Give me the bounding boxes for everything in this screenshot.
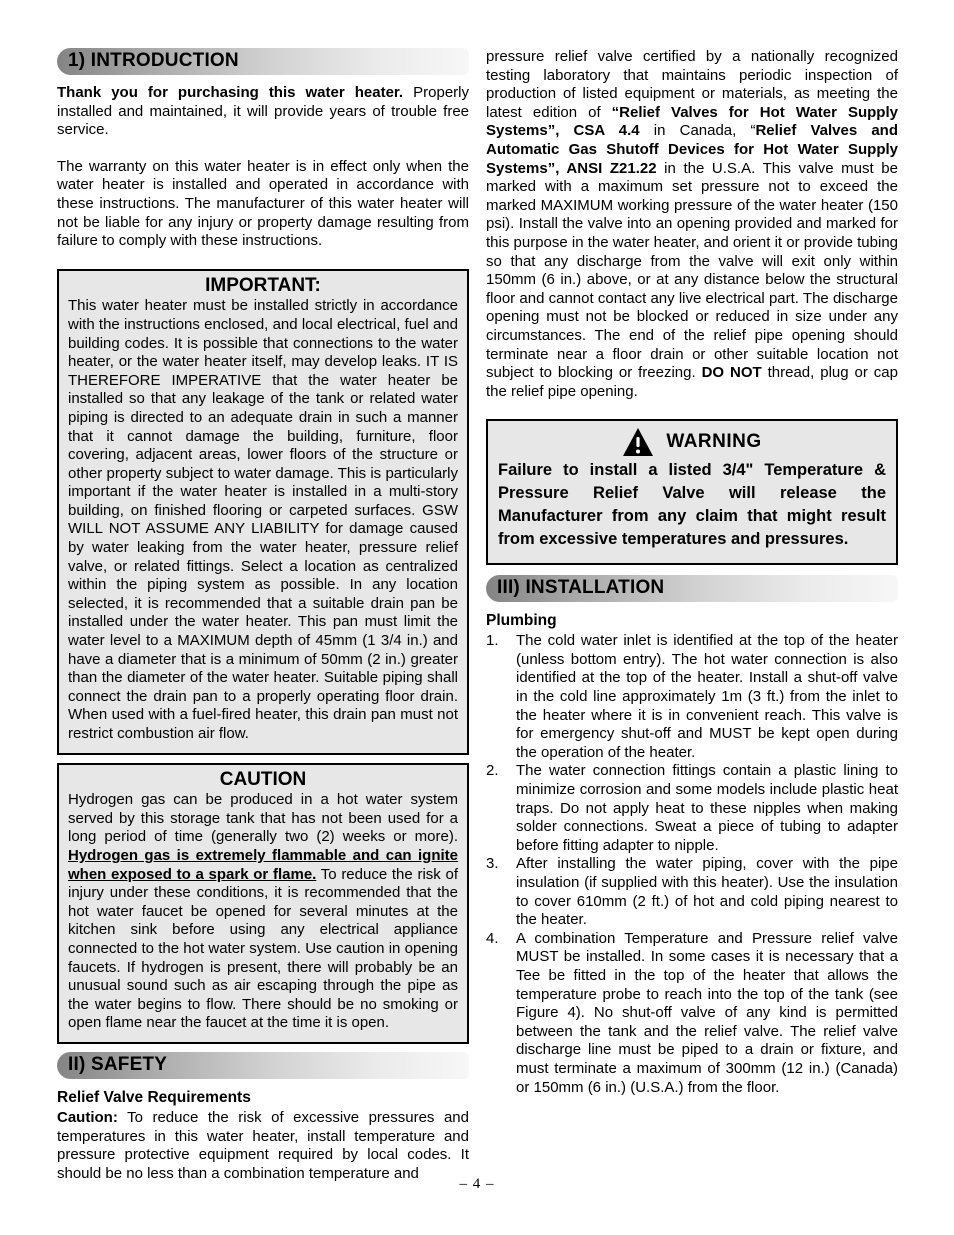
plumbing-list-item: 2. The water connection fittings contain… — [486, 762, 898, 855]
plumbing-item-number: 2. — [486, 762, 516, 855]
warning-box-title: WARNING — [666, 433, 761, 452]
plumbing-list-item: 4. A combination Temperature and Pressur… — [486, 930, 898, 1097]
section-header-introduction-label: 1) INTRODUCTION — [68, 52, 239, 71]
plumbing-list-item: 1. The cold water inlet is identified at… — [486, 632, 898, 762]
important-box-title: IMPORTANT: — [68, 277, 458, 296]
warning-triangle-icon — [622, 427, 654, 457]
plumbing-item-number: 1. — [486, 632, 516, 762]
plumbing-item-number: 4. — [486, 930, 516, 1097]
page-number: – 4 – — [0, 1176, 954, 1193]
caution-box-body: Hydrogen gas can be produced in a hot wa… — [68, 791, 458, 1033]
plumbing-item-text: A combination Temperature and Pressure r… — [516, 930, 898, 1097]
warranty-paragraph: The warranty on this water heater is in … — [57, 158, 469, 251]
section-header-installation-label: III) INSTALLATION — [497, 579, 664, 598]
important-box-body: This water heater must be installed stri… — [68, 297, 458, 743]
safety-paragraph: Caution: To reduce the risk of excessive… — [57, 1109, 469, 1183]
section-header-safety-label: II) SAFETY — [68, 1056, 167, 1075]
manual-page: 1) INTRODUCTION Thank you for purchasing… — [0, 0, 954, 1235]
plumbing-item-text: After installing the water piping, cover… — [516, 855, 898, 929]
relief-valve-requirements-heading: Relief Valve Requirements — [57, 1088, 469, 1107]
plumbing-list-item: 3. After installing the water piping, co… — [486, 855, 898, 929]
plumbing-list: 1. The cold water inlet is identified at… — [486, 632, 898, 1097]
caution-box-title: CAUTION — [68, 771, 458, 790]
plumbing-item-text: The water connection fittings contain a … — [516, 762, 898, 855]
warning-box: WARNING Failure to install a listed 3/4"… — [486, 419, 898, 565]
right-column: pressure relief valve certified by a nat… — [486, 48, 898, 1097]
relief-valve-paragraph: pressure relief valve certified by a nat… — [486, 48, 898, 401]
warning-box-body: Failure to install a listed 3/4" Tempera… — [498, 459, 886, 551]
section-header-installation: III) INSTALLATION — [486, 575, 898, 602]
caution-box: CAUTION Hydrogen gas can be produced in … — [57, 763, 469, 1044]
left-column: 1) INTRODUCTION Thank you for purchasing… — [57, 48, 469, 1201]
plumbing-heading: Plumbing — [486, 611, 898, 630]
important-box: IMPORTANT: This water heater must be ins… — [57, 269, 469, 755]
intro-paragraph: Thank you for purchasing this water heat… — [57, 84, 469, 140]
plumbing-item-text: The cold water inlet is identified at th… — [516, 632, 898, 762]
section-header-introduction: 1) INTRODUCTION — [57, 48, 469, 75]
section-header-safety: II) SAFETY — [57, 1052, 469, 1079]
two-column-layout: 1) INTRODUCTION Thank you for purchasing… — [0, 0, 954, 1201]
warning-box-title-row: WARNING — [498, 427, 886, 457]
plumbing-item-number: 3. — [486, 855, 516, 929]
